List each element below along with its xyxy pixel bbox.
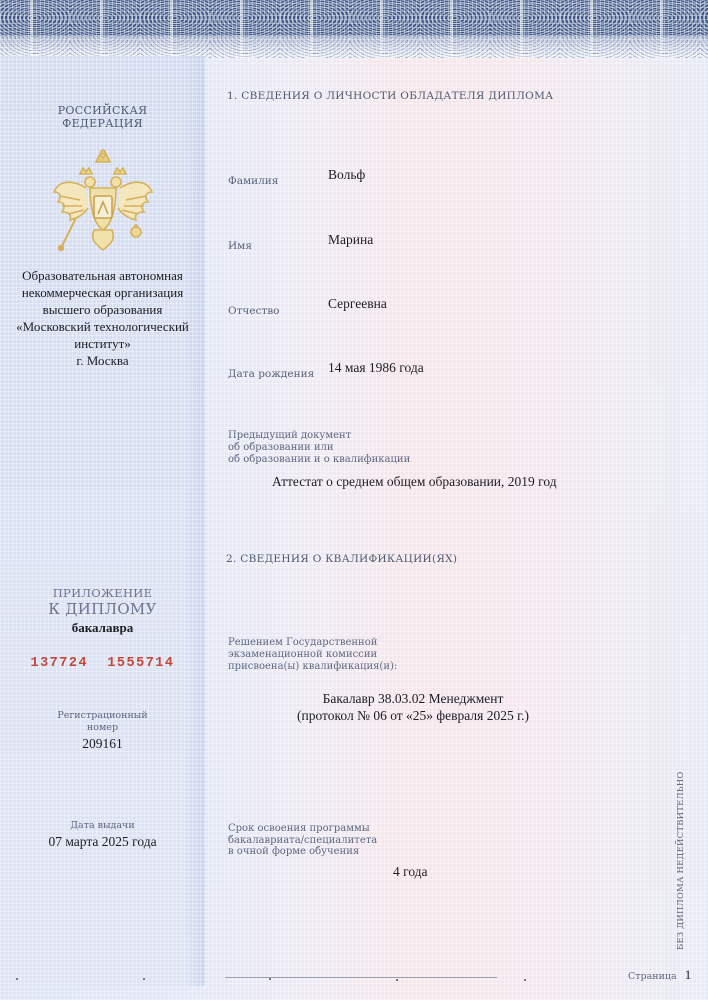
commission-decision-label-line: экзаменационной комиссии	[228, 649, 397, 661]
institution-line: некоммерческая организация	[0, 284, 205, 301]
first-name-label: Имя	[228, 240, 252, 252]
surname-label: Фамилия	[228, 175, 278, 187]
birth-date-label: Дата рождения	[228, 368, 314, 380]
coat-of-arms-icon	[50, 148, 156, 258]
registration-label-line-2: номер	[0, 722, 205, 734]
country-line-1: РОССИЙСКАЯ	[0, 104, 205, 117]
appendix-title: ПРИЛОЖЕНИЕ К ДИПЛОМУ	[0, 587, 205, 618]
protocol-value: (протокол № 06 от «25» февраля 2025 г.)	[228, 707, 598, 724]
validity-note: БЕЗ ДИПЛОМА НЕДЕЙСТВИТЕЛЬНО	[676, 771, 686, 950]
institution-line: высшего образования	[0, 301, 205, 318]
signature-line	[225, 977, 497, 978]
commission-decision-label-line: Решением Государственной	[228, 637, 397, 649]
stitch-mark	[396, 979, 398, 981]
birth-date-value: 14 мая 1986 года	[328, 360, 424, 376]
previous-document-value: Аттестат о среднем общем образовании, 20…	[272, 474, 557, 490]
institution-line: Образовательная автономная	[0, 267, 205, 284]
issue-date: 07 марта 2025 года	[0, 834, 205, 850]
stitch-mark	[269, 978, 271, 980]
previous-document-label-line: Предыдущий документ	[228, 430, 410, 442]
stitch-mark	[524, 979, 526, 981]
commission-decision-label: Решением Государственной экзаменационной…	[228, 637, 397, 673]
first-name-value: Марина	[328, 232, 373, 248]
surname-value: Вольф	[328, 167, 365, 183]
patronymic-label: Отчество	[228, 305, 280, 317]
institution-name: Образовательная автономная некоммерческа…	[0, 267, 205, 369]
page-label: Страница	[628, 971, 677, 982]
registration-label: Регистрационный номер	[0, 710, 205, 734]
guilloche-border-top	[0, 0, 708, 58]
commission-decision-label-line: присвоена(ы) квалификация(и):	[228, 661, 397, 673]
study-duration-label-line: в очной форме обучения	[228, 846, 377, 858]
institution-city: г. Москва	[0, 352, 205, 369]
country-line-2: ФЕДЕРАЦИЯ	[0, 117, 205, 130]
section-2-title: 2. СВЕДЕНИЯ О КВАЛИФИКАЦИИ(ЯХ)	[226, 553, 457, 565]
previous-document-label-line: об образовании или	[228, 442, 410, 454]
patronymic-value: Сергеевна	[328, 296, 387, 312]
serial-number: 137724 1555714	[0, 656, 205, 671]
study-duration-value: 4 года	[393, 864, 428, 880]
page-number: 1	[685, 967, 692, 982]
country-name: РОССИЙСКАЯ ФЕДЕРАЦИЯ	[0, 104, 205, 130]
institution-line: «Московский технологический	[0, 318, 205, 335]
page-indicator: Страница 1	[628, 966, 691, 984]
registration-label-line-1: Регистрационный	[0, 710, 205, 722]
issue-date-label: Дата выдачи	[0, 820, 205, 832]
previous-document-label: Предыдущий документ об образовании или о…	[228, 430, 410, 466]
appendix-title-line-2: К ДИПЛОМУ	[0, 600, 205, 618]
study-duration-label-line: бакалавриата/специалитета	[228, 835, 377, 847]
qualification-block: Бакалавр 38.03.02 Менеджмент (протокол №…	[228, 690, 598, 724]
study-duration-label: Срок освоения программы бакалавриата/спе…	[228, 823, 377, 858]
institution-line: институт»	[0, 335, 205, 352]
stitch-mark	[143, 978, 145, 980]
registration-number: 209161	[0, 736, 205, 752]
section-1-title: 1. СВЕДЕНИЯ О ЛИЧНОСТИ ОБЛАДАТЕЛЯ ДИПЛОМ…	[227, 90, 553, 102]
study-duration-label-line: Срок освоения программы	[228, 823, 377, 835]
stitch-mark	[16, 978, 18, 980]
degree-level: бакалавра	[0, 620, 205, 636]
previous-document-label-line: об образовании и о квалификации	[228, 454, 410, 466]
appendix-title-line-1: ПРИЛОЖЕНИЕ	[0, 587, 205, 600]
qualification-value: Бакалавр 38.03.02 Менеджмент	[228, 690, 598, 707]
